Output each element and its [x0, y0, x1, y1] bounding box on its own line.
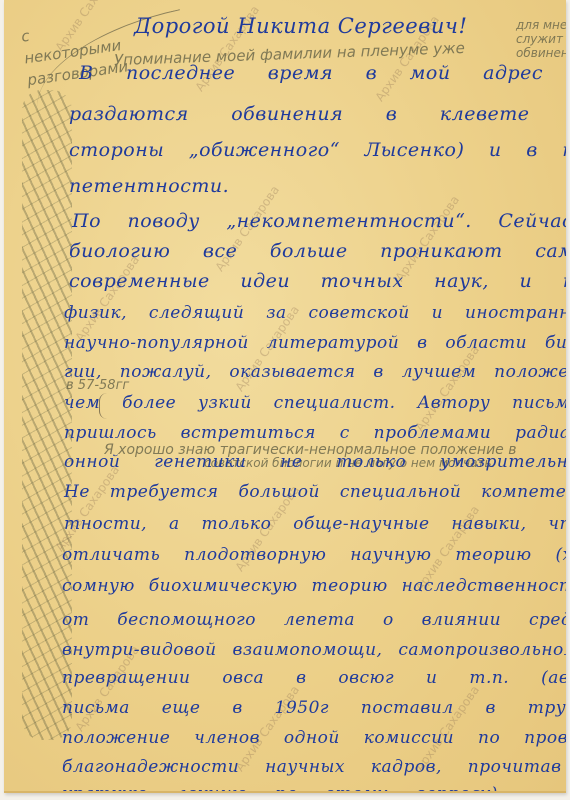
letter-line: В последнее время в мой адрес	[79, 62, 543, 84]
letter-line: Не требуется большой специальной компете…	[64, 482, 566, 502]
letter-line: от беспомощного лепета о влиянии среды,	[62, 610, 566, 630]
letter-line: гии, пожалуй, оказывается в лучшем полож…	[64, 362, 566, 382]
letter-line: превращении овса в овсюг и т.п. (автор	[62, 668, 566, 688]
letter-line: письма еще в 1950г поставил в трудное	[62, 698, 566, 718]
letter-line: сомную биохимическую теорию наследственн…	[62, 576, 566, 596]
letter-line: современные идеи точных наук, и тут	[69, 270, 566, 292]
letter-line: тности, а только обще-научные навыки, чт…	[64, 514, 566, 534]
pencil-note-top-right: для мне служит обвинением	[516, 18, 566, 60]
watermark: Архив Сахарова	[413, 343, 483, 434]
letter-line: петентности.	[69, 175, 229, 197]
watermark: Архив Сахарова	[73, 253, 143, 344]
letter-line: физик, следящий за советской и иностранн…	[64, 303, 566, 323]
letter-line: благонадежности научных кадров, прочитав…	[62, 757, 566, 777]
letter-line: положение членов одной комиссии по прове…	[62, 728, 566, 748]
letter-salutation: Дорогой Никита Сергеевич!	[134, 14, 467, 38]
letter-line: чем более узкий специалист. Автору письм…	[64, 393, 566, 413]
letter-line: научно-популярной литературой в области …	[64, 333, 566, 353]
letter-line: внутри-видовой взаимопомощи, самопроизво…	[62, 640, 566, 660]
letter-line: отличать плодотворную научную теорию (хр…	[62, 545, 566, 565]
letter-line: пришлось встретиться с проблемами радиац…	[64, 423, 566, 443]
letter-line: По поводу „некомпетентности“. Сейчас в	[72, 210, 566, 232]
letter-line: раздаются обвинения в клевете (со	[69, 103, 566, 125]
letter-page: Архив Сахарова Архив Сахарова Архив Саха…	[4, 0, 566, 793]
letter-line: краткую лекцию по этому вопросу)	[62, 784, 498, 793]
letter-line: стороны „обиженного“ Лысенко) и в неком-	[69, 139, 566, 161]
letter-line: онной генетики не только умозрительно.	[64, 452, 566, 472]
letter-line: биологию все больше проникают самые	[69, 240, 566, 262]
